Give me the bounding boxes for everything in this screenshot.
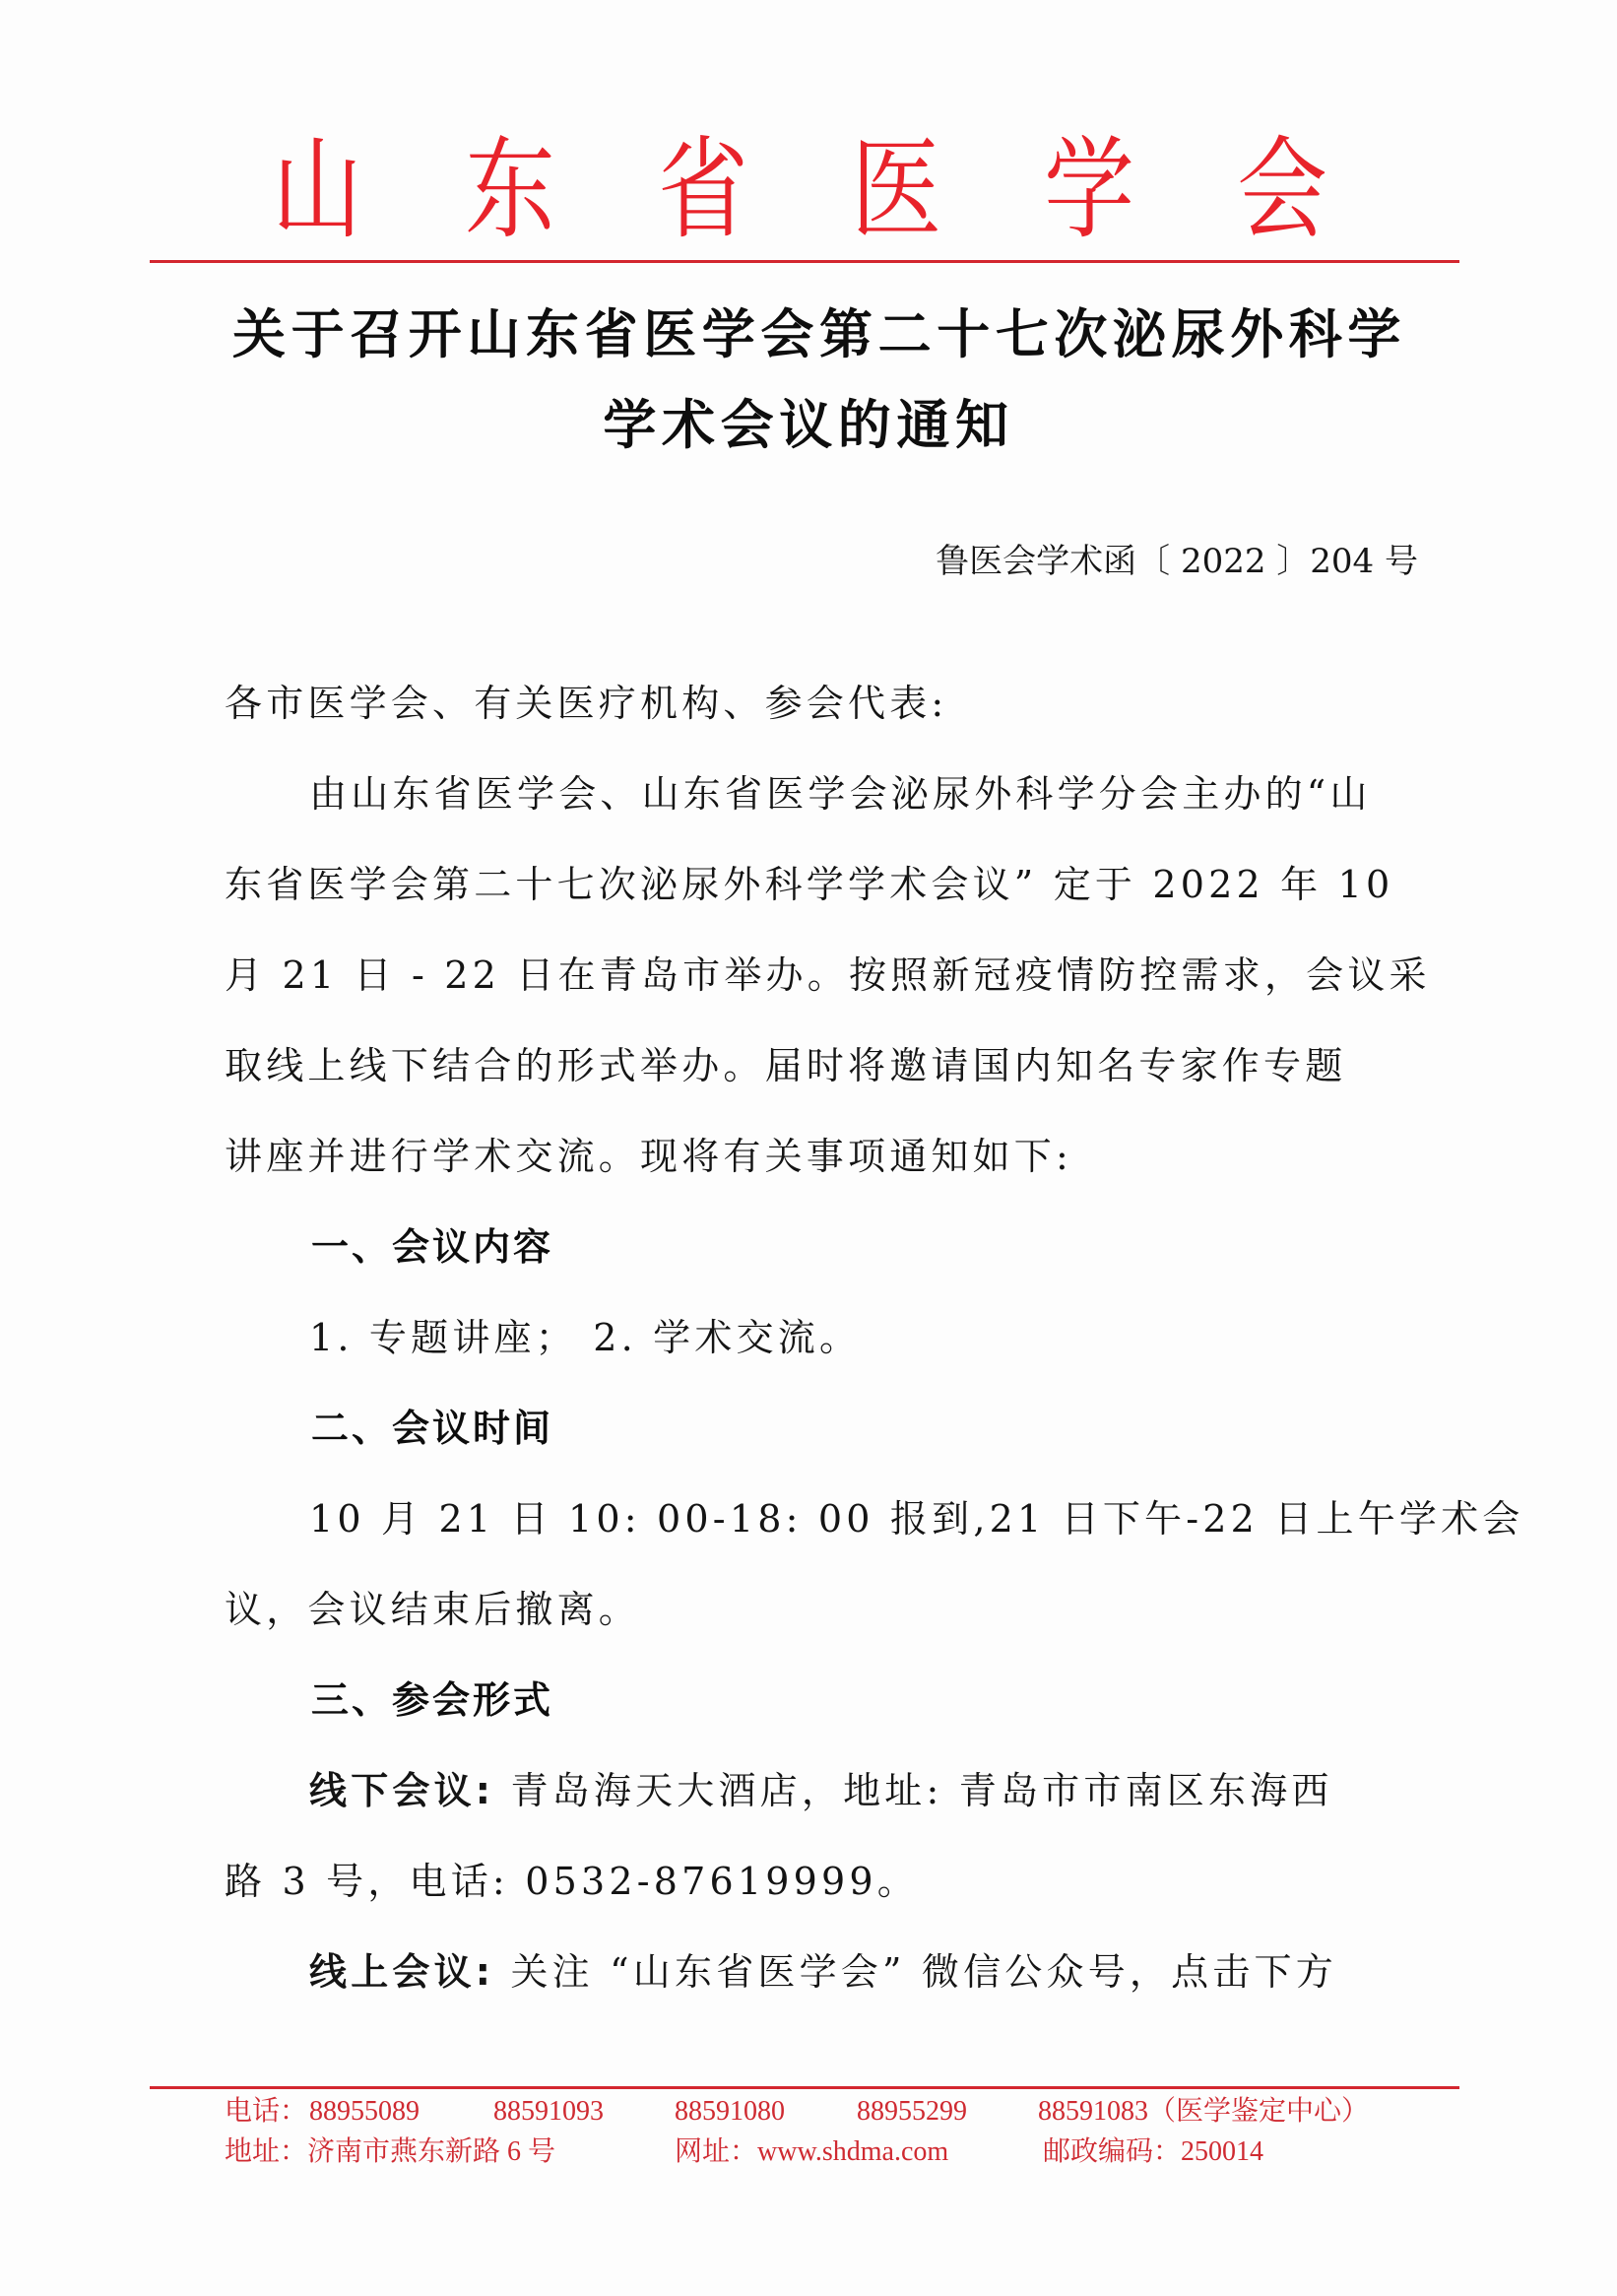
online-meeting-instructions: 关注 “山东省医学会” 微信公众号，点击下方	[494, 1950, 1337, 1994]
section-heading-time: 二、会议时间	[311, 1405, 553, 1452]
footer-postcode: 邮政编码：250014	[1043, 2132, 1263, 2172]
footer-phone: 88591083（医学鉴定中心）	[1038, 2092, 1369, 2132]
document-title-line-2: 学术会议的通知	[0, 394, 1617, 457]
offline-meeting-venue: 青岛海天大酒店，地址: 青岛市市南区东海西	[494, 1769, 1332, 1812]
section-time-line: 10 月 21 日 10: 00-18: 00 报到,21 日下午-22 日上午…	[225, 1495, 1497, 1542]
footer-phone: 88955089	[309, 2092, 420, 2132]
paragraph-line: 由山东省医学会、山东省医学会泌尿外科学分会主办的“山	[225, 770, 1497, 818]
footer-phone: 88591093	[493, 2092, 604, 2132]
online-meeting-label: 线上会议:	[309, 1950, 494, 1994]
section-content-line: 1. 专题讲座； 2. 学术交流。	[225, 1314, 1497, 1361]
footer-address-row: 地址：济南市燕东新路 6 号 网址：www.shdma.com 邮政编码：250…	[0, 2132, 1617, 2172]
footer-phone: 88591080	[675, 2092, 785, 2132]
footer-phone-label: 电话：	[225, 2092, 307, 2132]
letterhead-char: 会	[1234, 126, 1330, 254]
letterhead-char: 东	[462, 126, 558, 254]
footer-phone: 88955299	[857, 2092, 967, 2132]
offline-meeting-line: 路 3 号，电话: 0532-87619999。	[225, 1858, 1412, 1905]
letterhead-char: 学	[1041, 126, 1137, 254]
offline-meeting-line: 线下会议: 青岛海天大酒店，地址: 青岛市市南区东海西	[225, 1767, 1497, 1814]
online-meeting-line: 线上会议: 关注 “山东省医学会” 微信公众号，点击下方	[225, 1948, 1497, 1996]
paragraph-line: 讲座并进行学术交流。现将有关事项通知如下:	[225, 1133, 1412, 1180]
offline-meeting-label: 线下会议:	[309, 1769, 494, 1812]
letterhead: 山 东 省 医 学 会	[0, 126, 1617, 254]
footer-phone-row: 电话： 88955089 88591093 88591080 88955299 …	[0, 2092, 1617, 2132]
footer-website: 网址：www.shdma.com	[675, 2132, 948, 2172]
letterhead-char: 山	[269, 126, 365, 254]
salutation: 各市医学会、有关医疗机构、参会代表:	[225, 680, 1412, 727]
paragraph-line: 取线上线下结合的形式举办。届时将邀请国内知名专家作专题	[225, 1042, 1412, 1089]
document-number: 鲁医会学术函〔 2022 〕204 号	[936, 540, 1418, 583]
footer-address: 地址：济南市燕东新路 6 号	[225, 2132, 555, 2172]
paragraph-line: 东省医学会第二十七次泌尿外科学学术会议” 定于 2022 年 10	[225, 861, 1412, 908]
letterhead-char: 医	[848, 126, 944, 254]
document-page: 山 东 省 医 学 会 关于召开山东省医学会第二十七次泌尿外科学 学术会议的通知…	[0, 0, 1617, 2296]
section-time-line: 议，会议结束后撤离。	[225, 1586, 1412, 1633]
letterhead-divider	[150, 260, 1459, 263]
section-heading-format: 三、参会形式	[311, 1676, 553, 1724]
document-title-line-1: 关于召开山东省医学会第二十七次泌尿外科学	[232, 303, 1406, 366]
footer-divider	[150, 2086, 1459, 2089]
section-heading-content: 一、会议内容	[311, 1223, 553, 1271]
paragraph-line: 月 21 日 - 22 日在青岛市举办。按照新冠疫情防控需求，会议采	[225, 951, 1412, 999]
letterhead-char: 省	[655, 126, 751, 254]
